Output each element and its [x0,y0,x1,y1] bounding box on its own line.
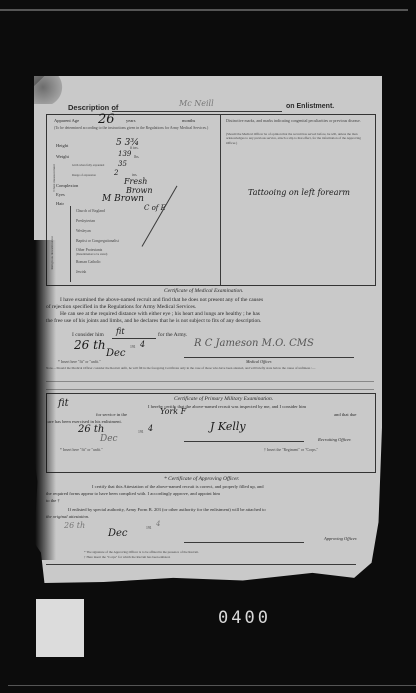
blank-target-card [36,599,84,657]
hair-value: M Brown [102,194,144,204]
attestation-document: Description of Mc Neill on Enlistment. A… [34,76,382,583]
chest-girth-value: 35 [118,160,127,168]
religion-item-wesleyan: Wesleyan [76,229,91,233]
medical-cert-line2: of rejection specified in the Regulation… [46,304,196,310]
consider-line [112,338,156,339]
approving-date-day: 26 th [64,521,85,530]
religion-item-baptist: Baptist or Congregationalist [76,239,119,243]
unfit-cause-line-1 [46,381,374,382]
medical-year-prefix: 191 [130,345,136,349]
complexion-value: Fresh [124,177,147,186]
military-cert-line2-suffix: and that due [334,412,356,417]
years-label: years [126,118,136,123]
medical-date-day: 26 th [74,338,106,352]
marks-value: Tattooing on left forearm [248,188,350,197]
recruiting-officer-role: Recruiting Officer. [318,437,352,442]
recruiting-signature-line [184,441,304,442]
film-border-bottom [8,685,416,686]
medical-year-value: 4 [140,340,145,349]
name-handwritten: Mc Neill [179,99,214,108]
approving-footnote-1: * The signature of the Approving Officer… [84,550,199,554]
recruiting-officer-signature: J Kelly [210,420,246,433]
religion-item-presbyterian: Presbyterian [76,219,95,223]
medical-insert-note: * Insert here "fit" or "unfit." [58,360,101,364]
religion-other-note: (Denomination to be stated) [76,253,107,256]
approving-footnote-2: † Here insert the "Corps" for which the … [84,555,170,559]
weight-label: Weight [56,154,69,159]
medical-officer-signature: R C Jameson M.O. CMS [194,338,314,349]
film-border-top [0,9,408,11]
consider-suffix: for the Army. [158,332,187,338]
chest-girth-label: Girth when fully expanded [72,163,104,167]
complexion-label: Complexion [56,183,78,188]
medical-cert-line3: He can see at the required distance with… [60,311,260,317]
medical-cert-line4: the free use of his joints and limbs, an… [46,318,261,324]
military-year-prefix: 191 [138,430,144,434]
consider-value: fit [116,327,125,336]
hair-label: Hair [56,201,64,206]
approving-year-value: 4 [156,520,160,528]
medical-date-month: Dec [106,348,126,359]
chest-range-label: Range of expansion [72,173,96,177]
approving-cert-line4: If enlisted by special authority, Army F… [68,507,266,512]
name-line [112,111,282,112]
religion-item-other-protestants: Other Protestants [76,248,102,252]
months-label: months [182,118,195,123]
religion-bracket [70,206,71,282]
medical-unfit-note: Note.—Should the Medical Officer conside… [46,366,372,371]
microfilm-frame-number: 0400 [218,608,271,628]
approving-date-month: Dec [108,528,128,539]
military-cert-heading: Certificate of Primary Military Examinat… [174,396,273,402]
approving-cert-line2: the required forms appear to have been c… [46,491,220,496]
military-insert-note: * Insert here "fit" or "unfit." [60,448,103,452]
medical-cert-heading: Certificate of Medical Examination. [164,288,243,294]
approving-officer-role: Approving Officer. [324,536,357,541]
title-description-of: Description of [68,103,118,112]
medical-cert-line1: I have examined the above-named recruit … [60,297,263,303]
eyes-label: Eyes [56,192,65,197]
religion-item-jewish: Jewish [76,270,86,274]
approving-signature-line [184,542,304,543]
column-divider [220,114,221,285]
height-label: Height [56,143,68,148]
military-regiment-note: † Insert the "Regiment" or "Corps." [264,448,318,452]
title-on-enlistment: on Enlistment. [286,103,334,110]
approving-year-prefix: 191 [146,526,152,530]
weight-units: lbs. [134,155,139,159]
military-date-month: Dec [100,434,118,444]
medical-officer-role: Medical Officer. [246,359,272,364]
approving-cert-line1: I certify that this Attestation of the a… [92,484,264,489]
marks-note: (Should the Medical Officer be of opinio… [226,132,370,145]
military-cert-line2-prefix: for service in the [96,412,127,417]
corner-stain [34,76,64,104]
religion-item-roman-catholic: Roman Catholic [76,260,101,264]
approving-cert-heading: * Certificate of Approving Officer. [164,476,239,482]
chest-range-value: 2 [114,169,118,177]
torn-left-edge [30,240,56,560]
religion-item-church-of-england: Church of England [76,209,105,213]
apparent-age-value: 26 [98,112,115,127]
marks-heading: Distinctive marks, and marks indicating … [226,118,370,123]
weight-value: 139 [118,150,131,158]
apparent-age-label: Apparent Age [54,118,79,123]
medical-signature-line [184,357,354,358]
bottom-rule [46,564,356,565]
military-fit-value: fit [58,398,69,409]
military-unit-value: York F [160,407,186,416]
military-year-value: 4 [148,424,153,433]
unfit-cause-line-2 [46,389,374,390]
age-note: (To be determined according to the instr… [54,126,214,131]
